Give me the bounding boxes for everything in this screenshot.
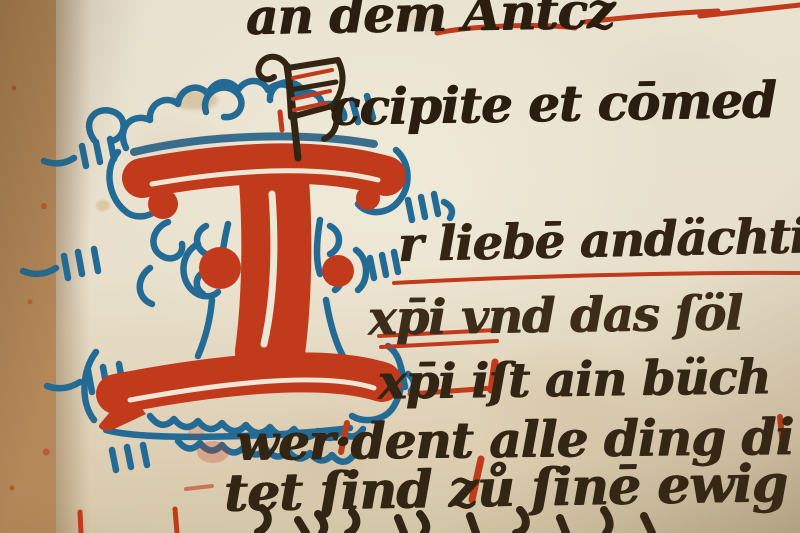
text-line-top: an dem Antcz [246,0,615,46]
stain-spot [172,90,218,110]
text-line-7: tet ſind zů ſinē ewig [224,453,788,524]
page-edge-shadow [56,0,90,533]
text-line-3: r liebē andächtigē [397,207,800,273]
stain-spot [96,200,110,211]
text-line-5: xp̄i iſt ain büch [378,349,771,410]
text-line-latin: ccipite et cōmed [330,70,777,137]
illuminated-initial-I [99,164,399,431]
manuscript-photo: I an dem Antcz ccipite et cōmed r liebē … [0,0,800,533]
book-page-edges [0,0,56,533]
text-line-4: xp̄i vnd das ſöl [368,285,743,346]
